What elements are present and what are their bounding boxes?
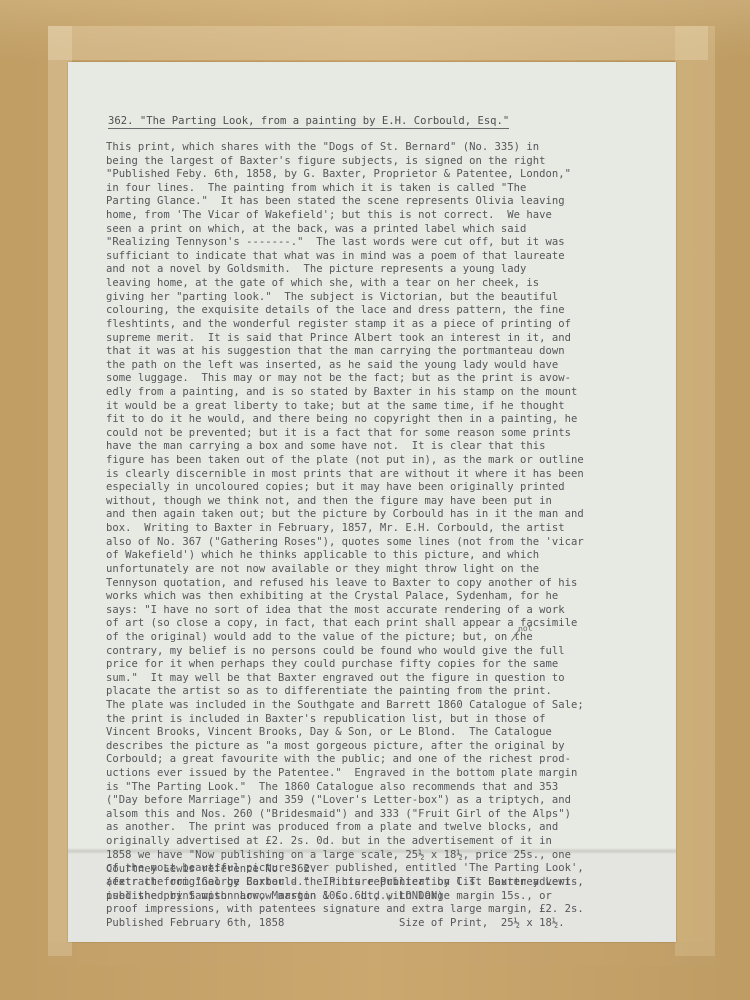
body-text-line: fleshtints, and the wonderful register s… <box>106 318 584 332</box>
body-text-line: ("Day before Marriage") and 359 ("Lover'… <box>106 794 584 808</box>
body-text-line: that it was at his suggestion that the m… <box>106 345 584 359</box>
document-heading: 362. "The Parting Look, from a painting … <box>108 114 509 129</box>
body-text-line: "Published Feby. 6th, 1858, by G. Baxter… <box>106 168 584 182</box>
body-text-line: price for it when perhaps they could pur… <box>106 658 584 672</box>
footer-text-line: Courtney Lewis reference No. 362. <box>106 863 584 876</box>
body-text-line: sufficiant to indicate that what was in … <box>106 250 584 264</box>
body-text-line: and not a novel by Goldsmith. The pictur… <box>106 263 584 277</box>
body-text-line: especially in uncoloured copies; but it … <box>106 481 584 495</box>
body-text-line: placate the artist so as to differentiat… <box>106 685 584 699</box>
body-text-line: also of No. 367 ("Gathering Roses"), quo… <box>106 536 584 550</box>
body-text-line: being the largest of Baxter's figure sub… <box>106 155 584 169</box>
body-text-line: is "The Parting Look." The 1860 Catalogu… <box>106 781 584 795</box>
body-text-line: uctions ever issued by the Patentee." En… <box>106 767 584 781</box>
body-text-line: This print, which shares with the "Dogs … <box>106 141 584 155</box>
masking-tape-right <box>675 26 715 956</box>
body-text-line: alsom this and Nos. 260 ("Bridesmaid") a… <box>106 808 584 822</box>
document-body: This print, which shares with the "Dogs … <box>106 141 584 930</box>
body-text-line: works which was then exhibiting at the C… <box>106 590 584 604</box>
body-text-line: Tennyson quotation, and refused his leav… <box>106 577 584 591</box>
body-text-line: without, though we think not, and then t… <box>106 495 584 509</box>
body-text-line: "Realizing Tennyson's -------." The last… <box>106 236 584 250</box>
body-text-line: Published February 6th, 1858 Size of Pri… <box>106 917 584 931</box>
body-text-line: The plate was included in the Southgate … <box>106 699 584 713</box>
body-text-line: seen a print on which, at the back, was … <box>106 223 584 237</box>
body-text-line: supreme merit. It is said that Prince Al… <box>106 332 584 346</box>
body-text-line: as another. The print was produced from … <box>106 821 584 835</box>
body-text-line: Vincent Brooks, Vincent Brooks, Day & So… <box>106 726 584 740</box>
body-text-line: contrary, my belief is no persons could … <box>106 645 584 659</box>
body-text-line: sum." It may well be that Baxter engrave… <box>106 672 584 686</box>
body-text-line: in four lines. The painting from which i… <box>106 182 584 196</box>
masking-tape-bottom <box>48 942 715 966</box>
body-text-line: home, from 'The Vicar of Wakefield'; but… <box>106 209 584 223</box>
body-text-line: proof impressions, with patentees signat… <box>106 903 584 917</box>
footer-text-line: published by Sampson Low, Marston & Co. … <box>106 890 584 903</box>
document-footer: Courtney Lewis reference No. 362.(extrac… <box>106 863 584 903</box>
body-text-line: box. Writing to Baxter in February, 1857… <box>106 522 584 536</box>
body-text-line: edly from a painting, and is so stated b… <box>106 386 584 400</box>
body-text-line: figure has been taken out of the plate (… <box>106 454 584 468</box>
body-text-line: Corbould; a great favourite with the pub… <box>106 753 584 767</box>
body-text-line: of Wakefield') which he thinks applicabl… <box>106 549 584 563</box>
body-text-line: originally advertised at £2. 2s. 0d. but… <box>106 835 584 849</box>
body-text-line: of art (so close a copy, in fact, that e… <box>106 617 584 631</box>
body-text-line: the path on the left was inserted, as he… <box>106 359 584 373</box>
body-text-line: 1858 we have "Now publishing on a large … <box>106 849 584 863</box>
body-text-line: describes the picture as "a most gorgeou… <box>106 740 584 754</box>
body-text-line: some luggage. This may or may not be the… <box>106 372 584 386</box>
handwritten-annotation: not <box>518 624 533 634</box>
body-text-line: could not be prevented; but it is a fact… <box>106 427 584 441</box>
body-text-line: and then again taken out; but the pictur… <box>106 508 584 522</box>
masking-tape-top <box>48 26 708 60</box>
body-text-line: is clearly discernible in most prints th… <box>106 468 584 482</box>
body-text-line: leaving home, at the gate of which she, … <box>106 277 584 291</box>
typed-document-sheet: 362. "The Parting Look, from a painting … <box>68 62 676 942</box>
body-text-line: Parting Glance." It has been stated the … <box>106 195 584 209</box>
body-text-line: the print is included in Baxter's republ… <box>106 713 584 727</box>
body-text-line: fit to do it he would, and there being n… <box>106 413 584 427</box>
body-text-line: have the man carrying a box and some hav… <box>106 440 584 454</box>
body-text-line: it would be a great liberty to take; but… <box>106 400 584 414</box>
footer-text-line: (extract from "George Baxter - the Pictu… <box>106 876 584 889</box>
body-text-line: unfortunately are not now available or t… <box>106 563 584 577</box>
body-text-line: colouring, the exquisite details of the … <box>106 304 584 318</box>
body-text-line: says: "I have no sort of idea that the m… <box>106 604 584 618</box>
body-text-line: giving her "parting look." The subject i… <box>106 291 584 305</box>
